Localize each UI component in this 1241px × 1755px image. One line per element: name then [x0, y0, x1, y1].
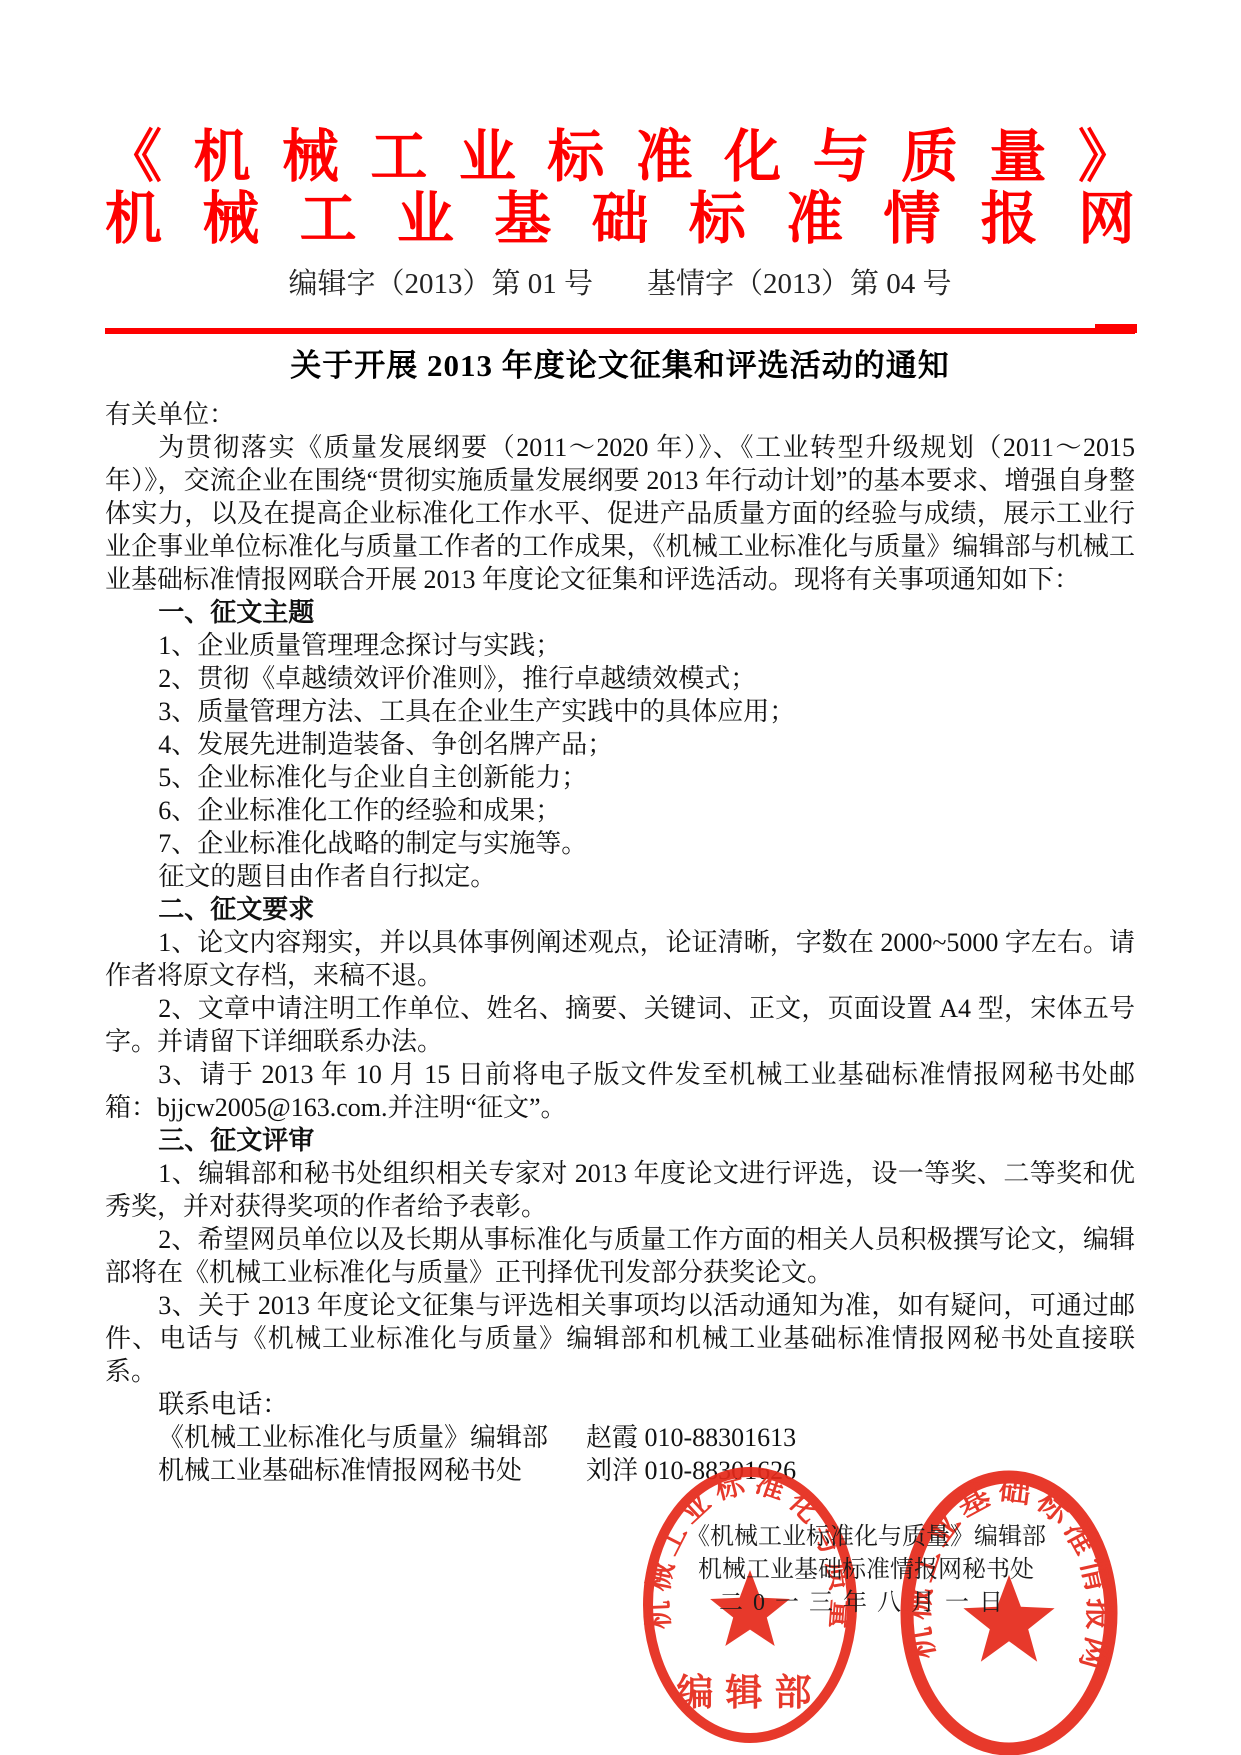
- paragraph: 为贯彻落实《质量发展纲要（2011～2020 年）》、《工业转型升级规划（201…: [105, 431, 1135, 596]
- document-numbers: 编辑字（2013）第 01 号 基情字（2013）第 04 号: [105, 266, 1135, 302]
- body-blocks: 为贯彻落实《质量发展纲要（2011～2020 年）》、《工业转型升级规划（201…: [105, 431, 1135, 1487]
- document-content: 《机械工业标准化与质量》 机械工业基础标准情报网 编辑字（2013）第 01 号…: [105, 0, 1135, 1487]
- masthead-line-2: 机械工业基础标准情报网: [105, 189, 1135, 250]
- signature-date: 二0一三年八月一日: [640, 1587, 1092, 1620]
- list-item: 2、贯彻《卓越绩效评价准则》，推行卓越绩效模式；: [105, 662, 1135, 695]
- document-page: 《机械工业标准化与质量》 机械工业基础标准情报网 编辑字（2013）第 01 号…: [0, 0, 1241, 1755]
- list-item: 7、企业标准化战略的制定与实施等。: [105, 827, 1135, 860]
- paragraph: 3、关于 2013 年度论文征集与评选相关事项均以活动通知为准，如有疑问，可通过…: [105, 1289, 1135, 1388]
- paragraph: 1、论文内容翔实，并以具体事例阐述观点，论证清晰，字数在 2000~5000 字…: [105, 926, 1135, 992]
- signature-block: 《机械工业标准化与质量》编辑部 机械工业基础标准情报网秘书处 二0一三年八月一日: [640, 1521, 1092, 1620]
- red-divider-rule: [105, 328, 1135, 334]
- paragraph: 2、文章中请注明工作单位、姓名、摘要、关键词、正文，页面设置 A4 型，宋体五号…: [105, 992, 1135, 1058]
- list-item: 1、企业质量管理理念探讨与实践；: [105, 629, 1135, 662]
- list-item: 征文的题目由作者自行拟定。: [105, 860, 1135, 893]
- signature-org-1: 《机械工业标准化与质量》编辑部: [640, 1521, 1092, 1554]
- doc-number-right: 基情字（2013）第 04 号: [647, 266, 952, 302]
- section-heading: 一、征文主题: [105, 596, 1135, 629]
- signature-org-2: 机械工业基础标准情报网秘书处: [640, 1554, 1092, 1587]
- contact-row: 《机械工业标准化与质量》编辑部赵霞 010-88301613: [105, 1421, 1135, 1454]
- masthead-line-1: 《机械工业标准化与质量》: [105, 127, 1135, 188]
- salutation: 有关单位：: [105, 398, 1135, 431]
- doc-number-left: 编辑字（2013）第 01 号: [288, 266, 593, 302]
- notice-title: 关于开展 2013 年度论文征集和评选活动的通知: [105, 346, 1135, 386]
- list-item: 4、发展先进制造装备、争创名牌产品；: [105, 728, 1135, 761]
- stamp-center-text: 编辑部: [677, 1672, 824, 1714]
- list-item: 5、企业标准化与企业自主创新能力；: [105, 761, 1135, 794]
- contact-org: 机械工业基础标准情报网秘书处: [158, 1454, 586, 1487]
- paragraph: 1、编辑部和秘书处组织相关专家对 2013 年度论文进行评选，设一等奖、二等奖和…: [105, 1157, 1135, 1223]
- paragraph: 3、请于 2013 年 10 月 15 日前将电子版文件发至机械工业基础标准情报…: [105, 1058, 1135, 1124]
- contact-org: 《机械工业标准化与质量》编辑部: [158, 1421, 586, 1454]
- section-heading: 三、征文评审: [105, 1124, 1135, 1157]
- contact-phone: 赵霞 010-88301613: [586, 1421, 796, 1454]
- paragraph: 2、希望网员单位以及长期从事标准化与质量工作方面的相关人员积极撰写论文，编辑部将…: [105, 1223, 1135, 1289]
- list-item: 3、质量管理方法、工具在企业生产实践中的具体应用；: [105, 695, 1135, 728]
- list-item: 6、企业标准化工作的经验和成果；: [105, 794, 1135, 827]
- list-item: 联系电话：: [105, 1388, 1135, 1421]
- section-heading: 二、征文要求: [105, 893, 1135, 926]
